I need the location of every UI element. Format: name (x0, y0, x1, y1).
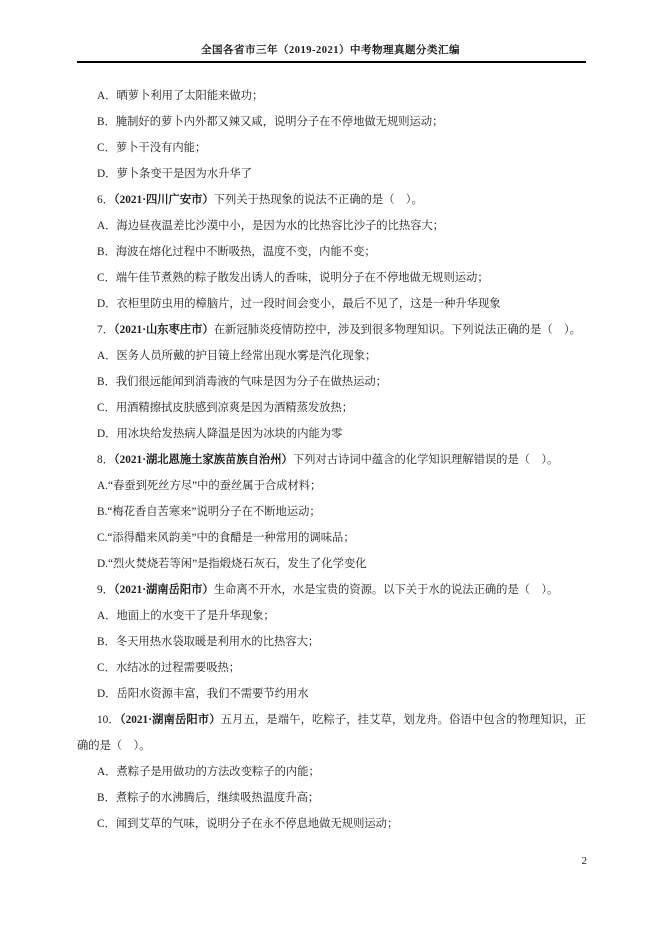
document-body: A．晒萝卜利用了太阳能来做功；B．腌制好的萝卜内外都又辣又咸，说明分子在不停地做… (77, 83, 586, 837)
question-5-option-d: D．萝卜条变干是因为水升华了 (77, 161, 586, 187)
question-8-option-d: D.“烈火焚烧若等闲”是指煅烧石灰石，发生了化学变化 (77, 551, 586, 577)
text-run: 下列对古诗词中蕴含的化学知识理解错误的是（ ）。 (293, 454, 558, 466)
question-5-option-a: A．晒萝卜利用了太阳能来做功； (77, 83, 586, 109)
text-run: D．岳阳水资源丰富，我们不需要节约用水 (97, 688, 309, 700)
question-8-option-a: A.“春蚕到死丝方尽”中的蚕丝属于合成材料； (77, 473, 586, 499)
text-run: A．地面上的水变干了是升华现象； (97, 610, 275, 622)
question-6-option-c: C．端午佳节煮熟的粽子散发出诱人的香味，说明分子在不停地做无规则运动； (77, 265, 586, 291)
question-6-option-b: B．海波在熔化过程中不断吸热，温度不变，内能不变； (77, 239, 586, 265)
question-7-stem: 7．（2021·山东枣庄市）在新冠肺炎疫情防控中，涉及到很多物理知识。下列说法正… (77, 317, 586, 343)
text-run: 下列关于热现象的说法不正确的是（ ）。 (214, 194, 423, 206)
question-10-option-b: B．煮粽子的水沸腾后，继续吸热温度升高； (77, 785, 586, 811)
text-run: D.“烈火焚烧若等闲”是指煅烧石灰石，发生了化学变化 (97, 558, 367, 570)
question-5-option-b: B．腌制好的萝卜内外都又辣又咸，说明分子在不停地做无规则运动； (77, 109, 586, 135)
question-7-option-c: C．用酒精擦拭皮肤感到凉爽是因为酒精蒸发放热； (77, 395, 586, 421)
question-7-option-b: B．我们很远能闻到消毒液的气味是因为分子在做热运动； (77, 369, 586, 395)
text-run: 9． (97, 584, 114, 596)
header-rule (77, 61, 586, 63)
text-run: A．医务人员所戴的护目镜上经常出现水雾是汽化现象； (97, 350, 376, 362)
question-9-option-b: B．冬天用热水袋取暖是利用水的比热容大； (77, 629, 586, 655)
page-header: 全国各省市三年（2019-2021）中考物理真题分类汇编 (0, 0, 661, 63)
question-9-stem: 9．（2021·湖南岳阳市）生命离不开水，水是宝贵的资源。以下关于水的说法正确的… (77, 577, 586, 603)
question-10-option-a: A．煮粽子是用做功的方法改变粽子的内能； (77, 759, 586, 785)
text-run: B．腌制好的萝卜内外都又辣又咸，说明分子在不停地做无规则运动； (97, 116, 443, 128)
question-7-option-a: A．医务人员所戴的护目镜上经常出现水雾是汽化现象； (77, 343, 586, 369)
header-title: 全国各省市三年（2019-2021）中考物理真题分类汇编 (0, 0, 661, 58)
text-run: B．冬天用热水袋取暖是利用水的比热容大； (97, 636, 319, 648)
text-run: 6． (97, 194, 114, 206)
text-run: 7． (97, 324, 114, 336)
question-6-option-a: A．海边昼夜温差比沙漠中小，是因为水的比热容比沙子的比热容大； (77, 213, 586, 239)
text-run: A．海边昼夜温差比沙漠中小，是因为水的比热容比沙子的比热容大； (97, 220, 444, 232)
text-run: B．煮粽子的水沸腾后，继续吸热温度升高； (97, 792, 319, 804)
text-run: 在新冠肺炎疫情防控中，涉及到很多物理知识。下列说法正确的是（ ）。 (214, 324, 581, 336)
text-run: C.“添得醋来风韵美”中的食醋是一种常用的调味品； (97, 532, 355, 544)
text-run: A．晒萝卜利用了太阳能来做功； (97, 90, 263, 102)
question-source: （2021·湖北恩施土家族苗族自治州） (114, 454, 293, 466)
text-run: B．海波在熔化过程中不断吸热，温度不变，内能不变； (97, 246, 376, 258)
text-run: D．萝卜条变干是因为水升华了 (97, 168, 252, 180)
text-run: 生命离不开水，水是宝贵的资源。以下关于水的说法正确的是（ ）。 (214, 584, 559, 596)
question-8-option-b: B.“梅花香自苦寒来”说明分子在不断地运动； (77, 499, 586, 525)
question-8-stem: 8．（2021·湖北恩施土家族苗族自治州）下列对古诗词中蕴含的化学知识理解错误的… (77, 447, 586, 473)
question-9-option-d: D．岳阳水资源丰富，我们不需要节约用水 (77, 681, 586, 707)
text-run: D．用冰块给发热病人降温是因为冰块的内能为零 (97, 428, 342, 440)
text-run: A.“春蚕到死丝方尽”中的蚕丝属于合成材料； (97, 480, 321, 492)
text-run: C．闻到艾草的气味，说明分子在永不停息地做无规则运动； (97, 818, 398, 830)
text-run: 8． (97, 454, 114, 466)
question-source: （2021·四川广安市） (114, 194, 214, 206)
question-9-option-c: C．水结冰的过程需要吸热； (77, 655, 586, 681)
question-10-option-c: C．闻到艾草的气味，说明分子在永不停息地做无规则运动； (77, 811, 586, 837)
text-run: A．煮粽子是用做功的方法改变粽子的内能； (97, 766, 320, 778)
question-source: （2021·湖南岳阳市） (120, 714, 221, 726)
text-run: C．萝卜干没有内能； (97, 142, 206, 154)
question-source: （2021·湖南岳阳市） (114, 584, 214, 596)
document-page: 全国各省市三年（2019-2021）中考物理真题分类汇编 A．晒萝卜利用了太阳能… (0, 0, 661, 935)
text-run: B．我们很远能闻到消毒液的气味是因为分子在做热运动； (97, 376, 387, 388)
question-6-option-d: D．衣柜里防虫用的樟脑片，过一段时间会变小，最后不见了，这是一种升华现象 (77, 291, 586, 317)
question-7-option-d: D．用冰块给发热病人降温是因为冰块的内能为零 (77, 421, 586, 447)
text-run: 10． (97, 714, 120, 726)
page-number: 2 (582, 854, 588, 868)
text-run: D．衣柜里防虫用的樟脑片，过一段时间会变小，最后不见了，这是一种升华现象 (97, 298, 501, 310)
question-9-option-a: A．地面上的水变干了是升华现象； (77, 603, 586, 629)
text-run: B.“梅花香自苦寒来”说明分子在不断地运动； (97, 506, 321, 518)
text-run: C．用酒精擦拭皮肤感到凉爽是因为酒精蒸发放热； (97, 402, 353, 414)
question-source: （2021·山东枣庄市） (114, 324, 214, 336)
question-10-stem: 10．（2021·湖南岳阳市）五月五，是端午，吃粽子，挂艾草，划龙舟。俗语中包含… (77, 707, 586, 759)
text-run: C．水结冰的过程需要吸热； (97, 662, 240, 674)
text-run: C．端午佳节煮熟的粽子散发出诱人的香味，说明分子在不停地做无规则运动； (97, 272, 489, 284)
question-5-option-c: C．萝卜干没有内能； (77, 135, 586, 161)
question-6-stem: 6．（2021·四川广安市）下列关于热现象的说法不正确的是（ ）。 (77, 187, 586, 213)
question-8-option-c: C.“添得醋来风韵美”中的食醋是一种常用的调味品； (77, 525, 586, 551)
